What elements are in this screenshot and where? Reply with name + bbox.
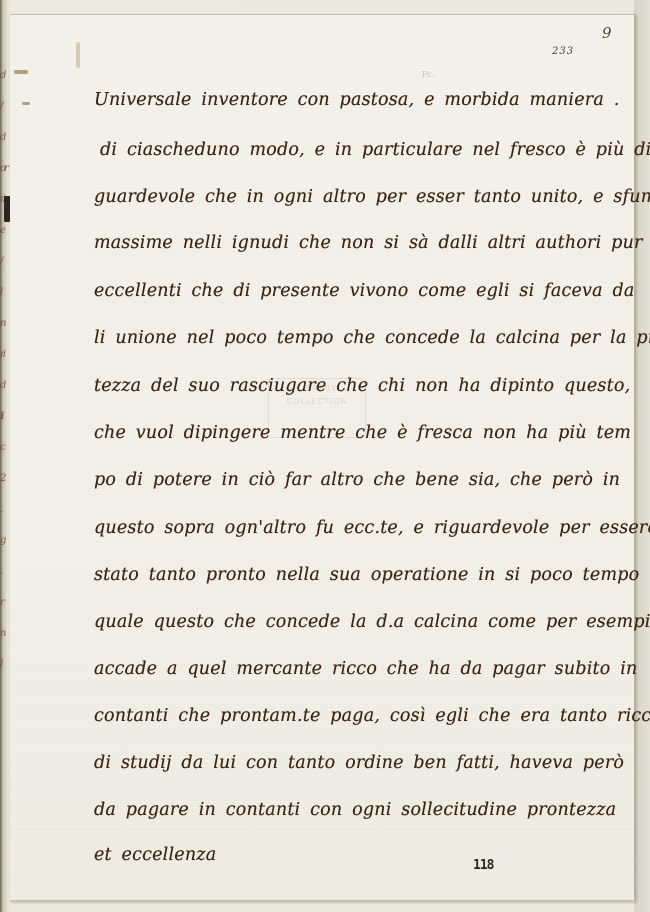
ink-stain: [22, 102, 30, 105]
archive-number: 233: [552, 46, 574, 57]
manuscript-line: di ciascheduno modo, e in particulare ne…: [94, 138, 634, 185]
manuscript-line: massime nelli ignudi che non si sà dalli…: [94, 231, 634, 279]
manuscript-line: eccellenti che di presente vivono come e…: [94, 279, 634, 326]
ink-stain: [14, 70, 28, 74]
manuscript-line: guardevole che in ogni altro per esser t…: [94, 185, 634, 231]
manuscript-line: Universale inventore con pastosa, e morb…: [94, 88, 634, 138]
stamped-page-number: 118: [473, 858, 493, 873]
folio-number: 9: [602, 24, 612, 42]
faint-annotation: Pc.: [422, 70, 434, 79]
manuscript-line: accade a quel mercante ricco che ha da p…: [94, 657, 634, 704]
manuscript-line: li unione nel poco tempo che concede la …: [94, 326, 634, 374]
manuscript-line: da pagare in contanti con ogni sollecitu…: [94, 798, 634, 843]
manuscript-text: Universale inventore con pastosa, e morb…: [94, 88, 634, 893]
right-margin-strip: [634, 0, 650, 912]
manuscript-line: stato tanto pronto nella sua operatione …: [94, 563, 634, 610]
manuscript-line: tezza del suo rasciugare che chi non ha …: [94, 374, 634, 421]
manuscript-line: che vuol dipingere mentre che è fresca n…: [94, 421, 634, 468]
manuscript-line: quale questo che concede la d.a calcina …: [94, 610, 634, 657]
manuscript-line: questo sopra ogn'altro fu ecc.te, e rigu…: [94, 516, 634, 563]
manuscript-line: di studij da lui con tanto ordine ben fa…: [94, 751, 634, 798]
manuscript-line: et eccellenza: [94, 843, 634, 893]
ink-stain: [76, 42, 80, 68]
manuscript-line: po di potere in ciò far altro che bene s…: [94, 468, 634, 516]
manuscript-line: contanti che prontam.te paga, così egli …: [94, 704, 634, 751]
adjacent-leaf-text-fragments: d / d or ri e / l n ri d li c 2 . g . r …: [0, 60, 10, 900]
